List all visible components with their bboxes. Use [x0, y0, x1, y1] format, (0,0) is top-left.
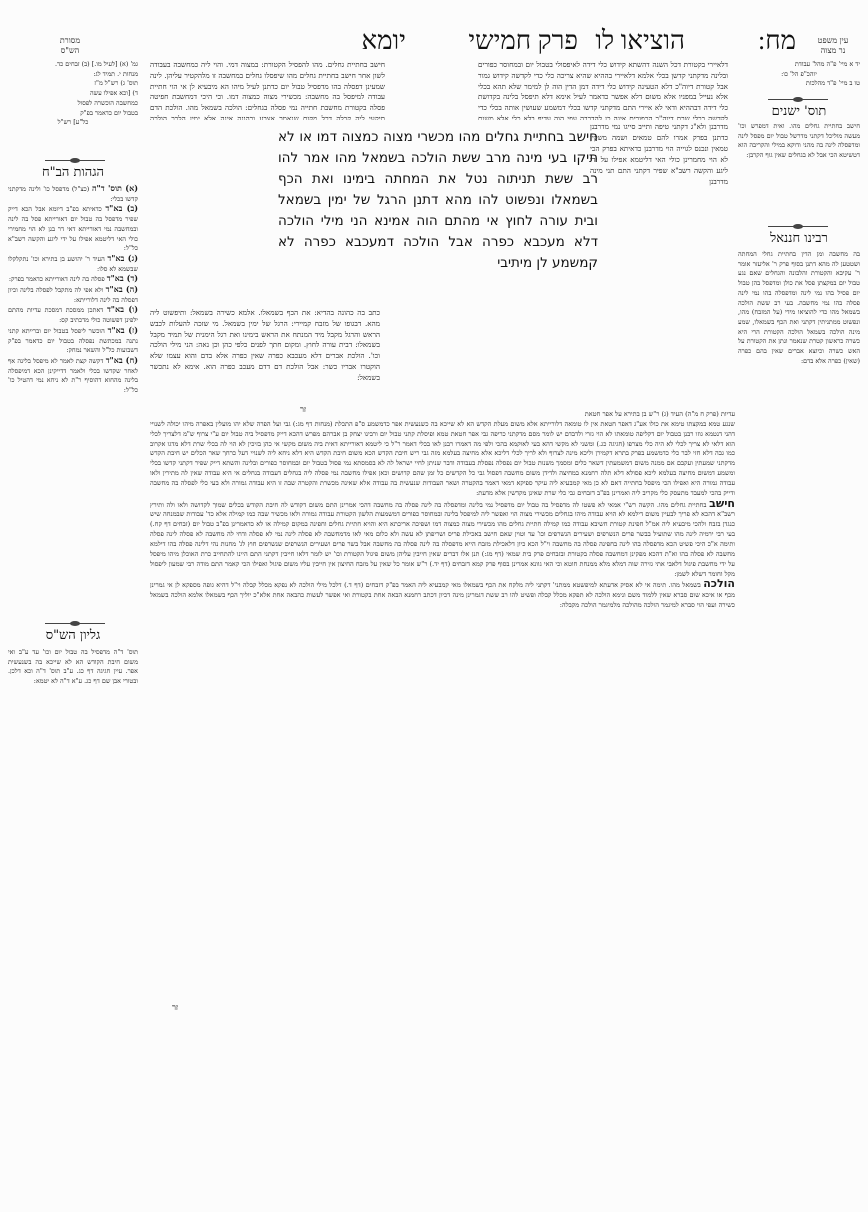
ornament-divider	[768, 99, 828, 100]
tosafot-top: דלאיירי בקטורת דכל השנה דהשתא קידוש כלי …	[478, 60, 728, 120]
tosafot-yeshanim-text: חישב בחתיית גחלים מהו. ואית דמפרש וכו' מ…	[738, 122, 860, 222]
daf-number: מח:	[758, 28, 796, 54]
gilyon-hashas-title: גליון הש"ס	[8, 628, 138, 644]
bach-note: (א) תוס' ד"ה (כצ"ל) מדפסל כו' ולינה מדקת…	[8, 184, 138, 204]
masoret-hashas: גמ' (א) [לעיל מו.] (ב) זבחים כד. מנחות י…	[8, 60, 138, 152]
chapter-name: הוציאו לו	[595, 28, 685, 54]
bach-note: (ח) בא"ד דקשה קצת לאמר לא מיפסל בלינה אף…	[8, 356, 138, 396]
hagahot-habach: (א) תוס' ד"ה (כצ"ל) מדפסל כו' ולינה מדקת…	[8, 184, 138, 619]
ornament-divider	[45, 160, 105, 161]
gemara-text: חישב בחתיית גחלים מהו מכשרי מצוה כמצוה ד…	[278, 127, 598, 307]
bach-note: (ב) בא"ד כדאיתא בפ"ב דיומא אבל הכא דייק …	[8, 204, 138, 254]
ornament-divider	[45, 623, 105, 624]
tosafot-bottom: עדיות (פרק ח מ"ה) העיד (ג) ר"ש בן בתירא …	[150, 410, 735, 611]
bach-note: (ו) בא"ד דאתכן ממסכת דמסכת עדיות מהתם יל…	[8, 305, 138, 325]
chapter-number: פרק חמישי	[468, 28, 578, 54]
rashi-bottom: כתב בה כהונה בהדיא: את הכף בשמאלו. אלמא …	[150, 308, 380, 408]
ornament-divider	[768, 226, 828, 227]
tosafot-side: מדרבנן ולא"ג דקתני טיפה ותייב סייגו נמי …	[590, 122, 728, 360]
rashi-top: חישב בחתיית גחלים. מהו להפסיל הקטורת: במ…	[150, 60, 385, 120]
edut-line: עדיות (פרק ח מ"ה) העיד (ג) ר"ש בן בתירא …	[150, 410, 735, 420]
ein-mishpat-label: עין משפט נר מצוה	[808, 36, 858, 56]
tractate-name: יומא	[362, 28, 406, 54]
tosafot-yeshanim-title: תוס' ישנים	[738, 104, 860, 120]
rabbeinu-chananel-text: בה מחשבה ומן הדין בחתיית גחלי המחתה ושטט…	[738, 250, 860, 432]
dibur-chishev: חישב בחתיית גחלים מהו. הקשה רש"י אמאי לא…	[150, 499, 735, 580]
hagahot-habach-title: הגהות הב"ח	[8, 165, 138, 181]
dibur-holacha: הולכה בשמאל מהו. תימה אי לא אסיק אדעתא ל…	[150, 579, 735, 611]
ein-mishpat: יד א מיי' פ"ה מהל' עבודת יוהכ"פ הל' כו: …	[738, 60, 860, 90]
masoret-hashas-label: מסורת הש"ס	[50, 36, 90, 56]
bach-note: (ה) בא"ד ולא אפי לה מתקבל לפסלה בלינה וכ…	[8, 285, 138, 305]
bach-note: (ג) בא"ד העיד ר' יהושע בן בתירא וכו' נתק…	[8, 254, 138, 274]
rabbeinu-chananel-title: רבינו חננאל	[738, 231, 860, 247]
tosafot-catchword: זר	[172, 1003, 178, 1012]
gilyon-hashas-text: תוס' ד"ה מדפסיל בה טבול יום וכו' עד ע"ב …	[8, 648, 138, 740]
bach-note: (ז) בא"ד הוכשר ליפסל בטבול יום וברייתא ק…	[8, 326, 138, 356]
